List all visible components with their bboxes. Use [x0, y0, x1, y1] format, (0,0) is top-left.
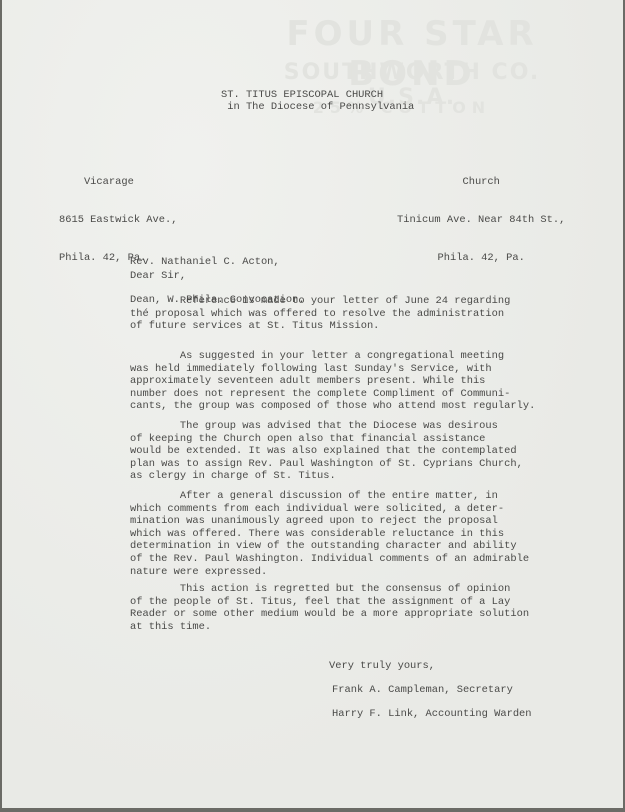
paragraph-line: The group was advised that the Diocese w…	[130, 420, 523, 433]
paragraph-line: of keeping the Church open also that fin…	[130, 433, 523, 446]
vicarage-label: Vicarage	[59, 176, 177, 189]
church-label: Church	[397, 176, 565, 189]
paragraph-line: cants, the group was composed of those w…	[130, 400, 535, 413]
signature-secretary: Frank A. Campleman, Secretary	[332, 684, 513, 697]
paragraph-line: would be extended. It was also explained…	[130, 445, 523, 458]
paragraph-line: which was offered. There was considerabl…	[130, 528, 529, 541]
closing: Very truly yours,	[329, 660, 435, 673]
paragraph-line: approximately seventeen adult members pr…	[130, 375, 535, 388]
letterhead-church-name: ST. TITUS EPISCOPAL CHURCH	[221, 89, 383, 102]
paragraph-line: nature were expressed.	[130, 566, 529, 579]
paragraph-line: thé proposal which was offered to resolv…	[130, 308, 510, 321]
paragraph: This action is regretted but the consens…	[130, 583, 529, 633]
salutation: Dear Sir,	[130, 270, 186, 283]
paragraph: As suggested in your letter a congregati…	[130, 350, 535, 413]
paragraph-line: Reader or some other medium would be a m…	[130, 608, 529, 621]
signature-warden: Harry F. Link, Accounting Warden	[332, 708, 532, 721]
paragraph: The group was advised that the Diocese w…	[130, 420, 523, 483]
paragraph-line: of future services at St. Titus Mission.	[130, 320, 510, 333]
letter-page: FOUR STAR BOND SOUTHWORTH CO. U.S.A. 25%…	[2, 0, 623, 808]
paragraph-line: at this time.	[130, 621, 529, 634]
paragraph-line: number does not represent the complete C…	[130, 388, 535, 401]
paragraph-line: As suggested in your letter a congregati…	[130, 350, 535, 363]
paragraph-line: as clergy in charge of St. Titus.	[130, 470, 523, 483]
paragraph-line: of the Rev. Paul Washington. Individual …	[130, 553, 529, 566]
paragraph-line: was held immediately following last Sund…	[130, 363, 535, 376]
paragraph-line: of the people of St. Titus, feel that th…	[130, 596, 529, 609]
church-street: Tinicum Ave. Near 84th St.,	[397, 214, 565, 227]
recipient-name: Rev. Nathaniel C. Acton,	[130, 256, 305, 269]
paragraph-line: which comments from each individual were…	[130, 503, 529, 516]
paragraph-line: determination in view of the outstanding…	[130, 540, 529, 553]
paragraph-line: plan was to assign Rev. Paul Washington …	[130, 458, 523, 471]
paragraph-line: This action is regretted but the consens…	[130, 583, 529, 596]
vicarage-street: 8615 Eastwick Ave.,	[59, 214, 177, 227]
church-address: Church Tinicum Ave. Near 84th St., Phila…	[397, 151, 565, 290]
paragraph: Reference is made to your letter of June…	[130, 295, 510, 333]
letterhead-diocese: in The Diocese of Pennsylvania	[221, 101, 414, 114]
paragraph: After a general discussion of the entire…	[130, 490, 529, 578]
paragraph-line: After a general discussion of the entire…	[130, 490, 529, 503]
paragraph-line: Reference is made to your letter of June…	[130, 295, 510, 308]
church-city: Phila. 42, Pa.	[397, 252, 565, 265]
paragraph-line: mination was unanimously agreed upon to …	[130, 515, 529, 528]
